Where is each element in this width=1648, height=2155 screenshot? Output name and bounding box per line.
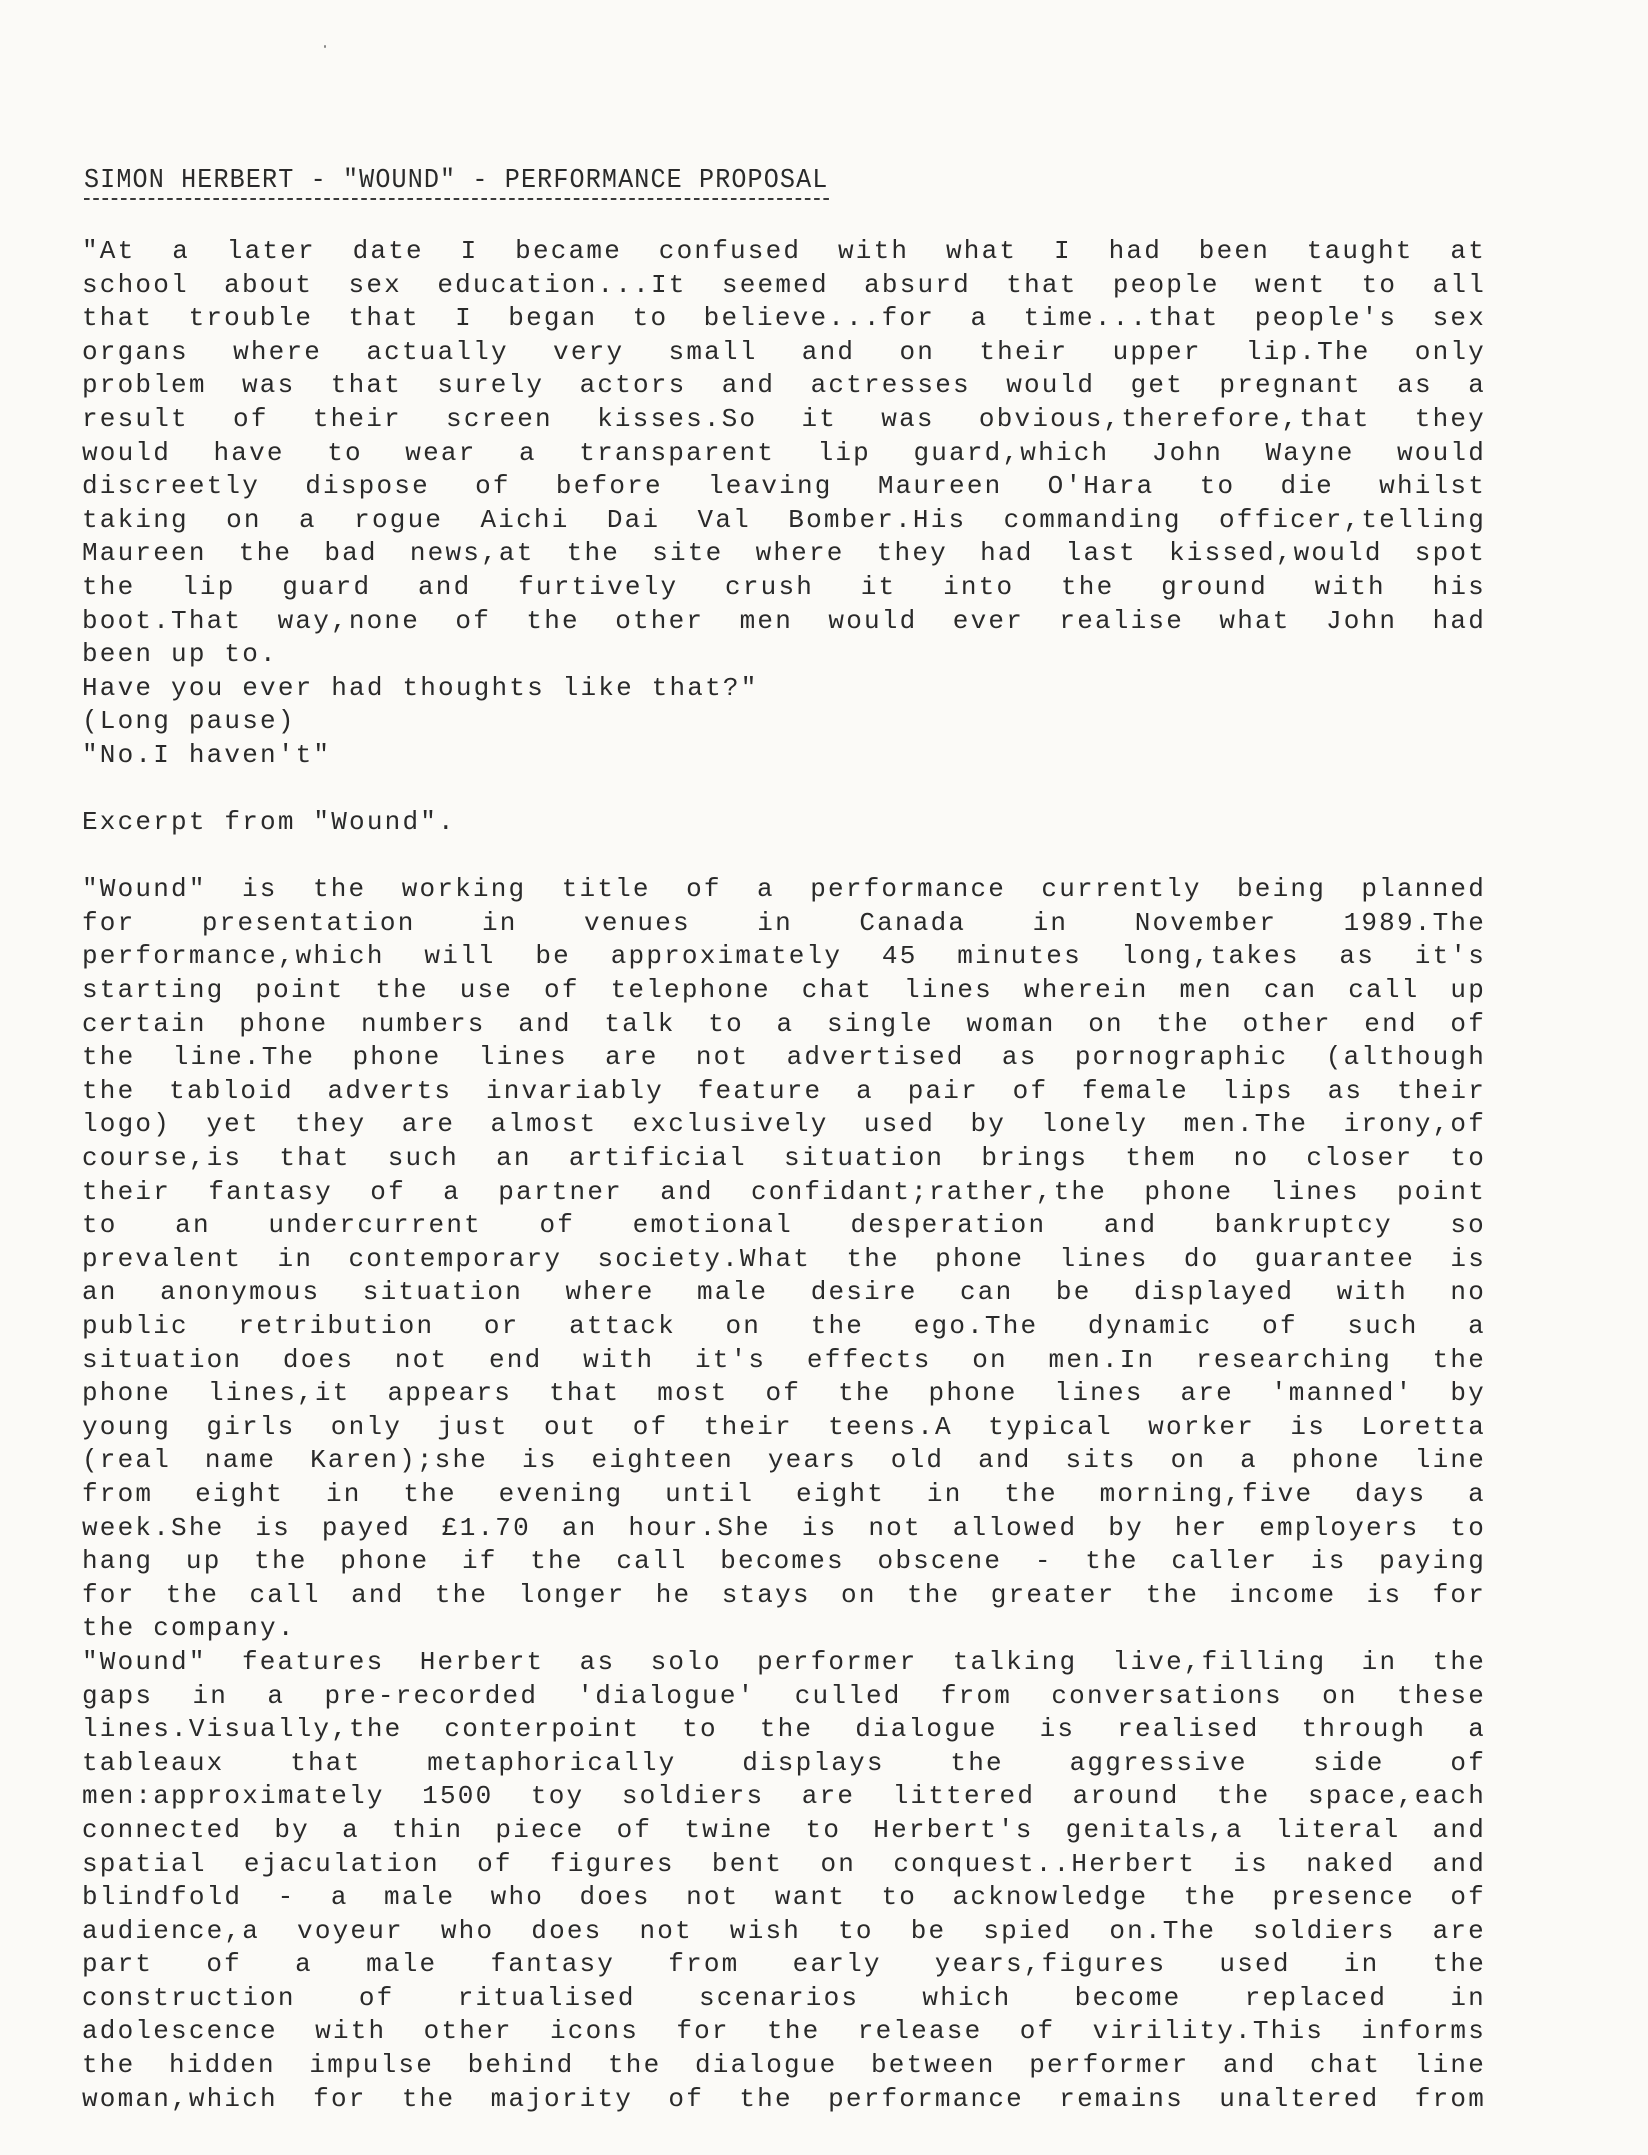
text-line: (real name Karen);she is eighteen years … [82, 1444, 1486, 1478]
text-line: problem was that surely actors and actre… [82, 369, 1486, 403]
text-line [82, 840, 1486, 874]
text-line: result of their screen kisses.So it was … [82, 403, 1486, 437]
text-line: starting point the use of telephone chat… [82, 974, 1486, 1008]
text-line: gaps in a pre-recorded 'dialogue' culled… [82, 1680, 1486, 1714]
text-line: an anonymous situation where male desire… [82, 1276, 1486, 1310]
text-line: Maureen the bad news,at the site where t… [82, 537, 1486, 571]
text-line [82, 773, 1486, 807]
text-line: the hidden impulse behind the dialogue b… [82, 2049, 1486, 2083]
text-line: public retribution or attack on the ego.… [82, 1310, 1486, 1344]
text-line: "Wound" features Herbert as solo perform… [82, 1646, 1486, 1680]
text-line: adolescence with other icons for the rel… [82, 2015, 1486, 2049]
text-line: performance,which will be approximately … [82, 940, 1486, 974]
text-line: situation does not end with it's effects… [82, 1344, 1486, 1378]
text-line: "At a later date I became confused with … [82, 235, 1486, 269]
document-body: "At a later date I became confused with … [82, 235, 1486, 2116]
text-line: construction of ritualised scenarios whi… [82, 1982, 1486, 2016]
text-line: from eight in the evening until eight in… [82, 1478, 1486, 1512]
text-line: logo) yet they are almost exclusively us… [82, 1108, 1486, 1142]
text-line: the tabloid adverts invariably feature a… [82, 1075, 1486, 1109]
text-line: the lip guard and furtively crush it int… [82, 571, 1486, 605]
document-page: SIMON HERBERT - "WOUND" - PERFORMANCE PR… [0, 0, 1648, 2155]
text-line: been up to. [82, 638, 1486, 672]
text-line: woman,which for the majority of the perf… [82, 2083, 1486, 2117]
text-line: for the call and the longer he stays on … [82, 1579, 1486, 1613]
text-line: part of a male fantasy from early years,… [82, 1948, 1486, 1982]
text-line: discreetly dispose of before leaving Mau… [82, 470, 1486, 504]
text-line: "Wound" is the working title of a perfor… [82, 873, 1486, 907]
text-line: audience,a voyeur who does not wish to b… [82, 1915, 1486, 1949]
text-line: connected by a thin piece of twine to He… [82, 1814, 1486, 1848]
text-line: Have you ever had thoughts like that?" [82, 672, 1486, 706]
document-title: SIMON HERBERT - "WOUND" - PERFORMANCE PR… [84, 166, 828, 200]
text-line: the line.The phone lines are not adverti… [82, 1041, 1486, 1075]
text-line: boot.That way,none of the other men woul… [82, 605, 1486, 639]
text-line: "No.I haven't" [82, 739, 1486, 773]
text-line: the company. [82, 1612, 1486, 1646]
text-line: to an undercurrent of emotional desperat… [82, 1209, 1486, 1243]
text-line: phone lines,it appears that most of the … [82, 1377, 1486, 1411]
paper-speck [324, 45, 326, 48]
text-line: week.She is payed £1.70 an hour.She is n… [82, 1512, 1486, 1546]
text-line: certain phone numbers and talk to a sing… [82, 1008, 1486, 1042]
text-line: hang up the phone if the call becomes ob… [82, 1545, 1486, 1579]
text-line: spatial ejaculation of figures bent on c… [82, 1848, 1486, 1882]
text-line: taking on a rogue Aichi Dai Val Bomber.H… [82, 504, 1486, 538]
text-line: (Long pause) [82, 705, 1486, 739]
text-line: lines.Visually,the conterpoint to the di… [82, 1713, 1486, 1747]
text-line: men:approximately 1500 toy soldiers are … [82, 1780, 1486, 1814]
text-line: for presentation in venues in Canada in … [82, 907, 1486, 941]
text-line: prevalent in contemporary society.What t… [82, 1243, 1486, 1277]
text-line: their fantasy of a partner and confidant… [82, 1176, 1486, 1210]
text-line: tableaux that metaphorically displays th… [82, 1747, 1486, 1781]
text-line: blindfold - a male who does not want to … [82, 1881, 1486, 1915]
text-line: would have to wear a transparent lip gua… [82, 437, 1486, 471]
text-line: course,is that such an artificial situat… [82, 1142, 1486, 1176]
text-line: school about sex education...It seemed a… [82, 269, 1486, 303]
text-line: that trouble that I began to believe...f… [82, 302, 1486, 336]
text-line: young girls only just out of their teens… [82, 1411, 1486, 1445]
text-line: Excerpt from "Wound". [82, 806, 1486, 840]
text-line: organs where actually very small and on … [82, 336, 1486, 370]
